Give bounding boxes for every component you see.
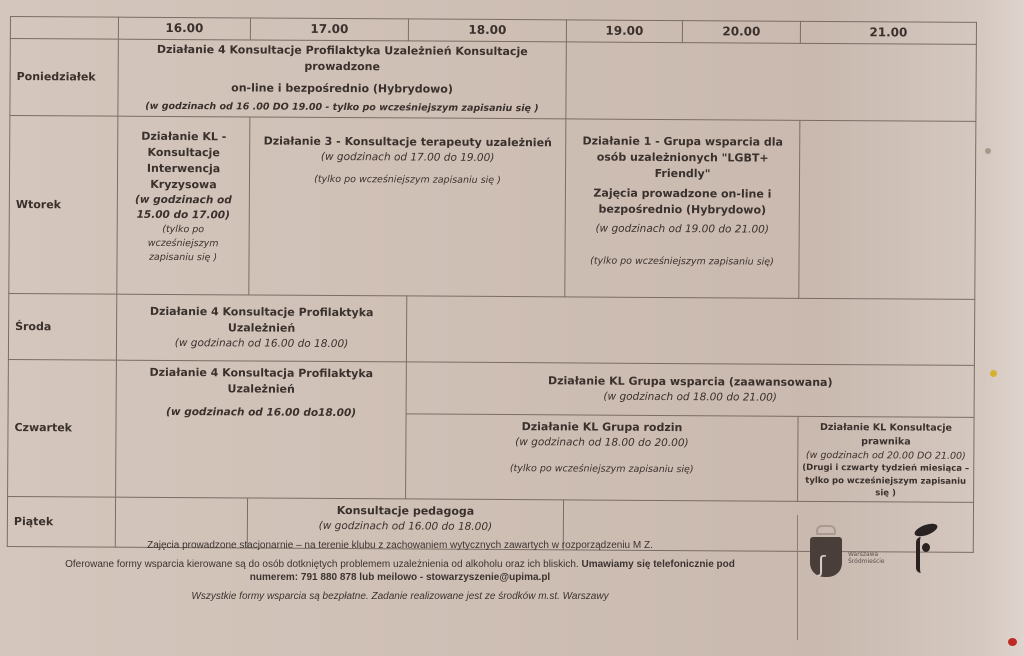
empty-cell (566, 42, 976, 121)
row-monday: Poniedziałek Działanie 4 Konsultacje Pro… (10, 39, 976, 121)
event-title: Działanie 4 Konsultacja Profilaktyka Uza… (121, 365, 402, 399)
event-cell: Działanie KL - Konsultacje Interwencja K… (117, 116, 250, 295)
footer-contact-details: numerem: 791 880 878 lub meilowo - stowa… (250, 572, 550, 583)
event-title-2: on-line i bezpośrednio (Hybrydowo) (123, 80, 562, 99)
row-tuesday: Wtorek Działanie KL - Konsultacje Interw… (9, 115, 976, 299)
event-cell: Działanie KL Konsultacje prawnika (w god… (798, 416, 975, 502)
event-hours: (w godzinach od 16.00 do 18.00) (121, 335, 402, 352)
empty-cell (799, 120, 976, 299)
day-label-thursday: Czwartek (8, 359, 117, 497)
club-logo-shape (922, 543, 930, 552)
footer-line-2: Oferowane formy wsparcia kierowane są do… (0, 559, 800, 570)
event-note: (tylko po wcześniejszym zapisaniu się) (410, 462, 793, 478)
time-header: 17.00 (250, 18, 408, 41)
footer-contact-lead: Umawiamy się telefonicznie pod (582, 559, 735, 570)
club-logo (912, 525, 952, 575)
event-title: Konsultacje pedagoga (252, 503, 559, 521)
logo-label-line-2: Śródmieście (848, 558, 885, 565)
paper-edge (984, 0, 1024, 656)
event-cell: Działanie 4 Konsultacje Profilaktyka Uza… (116, 294, 406, 362)
event-cell: Działanie KL Grupa wsparcia (zaawansowan… (406, 362, 974, 417)
event-title: Działanie 4 Konsultacje Profilaktyka Uza… (121, 304, 402, 338)
footer-line-1: Zajęcia prowadzone stacjonarnie – na ter… (0, 540, 800, 551)
event-note: (tylko po wcześniejszym zapisaniu się) (569, 254, 794, 269)
event-hours: (w godzinach od 20.00 DO 21.00) (802, 448, 969, 463)
mermaid-crest-icon: ʃ (810, 537, 842, 577)
event-hours: (w godzinach od 19.00 do 21.00) (570, 221, 795, 238)
event-hours: (w godzinach od 18.00 do 21.00) (411, 388, 970, 407)
event-title: Działanie 3 - Konsultacje terapeuty uzal… (254, 121, 561, 151)
time-header: 18.00 (408, 19, 566, 42)
time-header: 21.00 (800, 21, 976, 44)
pin-dot (1008, 638, 1017, 646)
event-hours: (w godzinach od 16 .00 DO 19.00 - tylko … (122, 100, 561, 116)
footer-notes: Zajęcia prowadzone stacjonarnie – na ter… (0, 540, 800, 640)
footer-line-2-text: Oferowane formy wsparcia kierowane są do… (65, 559, 579, 570)
time-header: 20.00 (682, 21, 800, 44)
event-hours: (w godzinach od 15.00 do 17.00) (122, 192, 245, 223)
row-thursday-a: Czwartek Działanie 4 Konsultacja Profila… (8, 359, 974, 417)
event-cell: Działanie 1 - Grupa wsparcia dla osób uz… (565, 119, 800, 298)
time-header: 19.00 (566, 20, 682, 43)
day-label-wednesday: Środa (8, 293, 116, 360)
row-wednesday: Środa Działanie 4 Konsultacje Profilakty… (8, 293, 974, 365)
footer-divider (797, 515, 798, 640)
crown-icon (816, 525, 836, 535)
event-hours: (w godzinach od 16.00 do18.00) (121, 405, 402, 422)
event-cell: Działanie 4 Konsultacje Profilaktyka Uza… (118, 40, 566, 119)
pin-dot (985, 148, 991, 154)
day-label-monday: Poniedziałek (10, 39, 118, 116)
logo-label-line-1: Warszawa (848, 551, 885, 558)
event-note: (tylko po wcześniejszym zapisaniu się ) (254, 173, 561, 189)
event-hours: (w godzinach od 16.00 do 18.00) (252, 519, 559, 536)
time-header: 16.00 (118, 17, 250, 40)
empty-cell (406, 296, 974, 365)
day-label-tuesday: Wtorek (9, 115, 118, 294)
event-cell: Działanie KL Grupa rodzin (w godzinach o… (406, 414, 799, 502)
schedule-table: 16.00 17.00 18.00 19.00 20.00 21.00 Poni… (7, 16, 977, 553)
footer-contact: numerem: 791 880 878 lub meilowo - stowa… (0, 572, 800, 583)
header-corner (10, 17, 118, 40)
event-note: (Drugi i czwarty tydzień miesiąca –tylko… (802, 462, 969, 500)
event-title: Działanie KL Konsultacje prawnika (802, 421, 969, 450)
event-cell: Działanie 4 Konsultacja Profilaktyka Uza… (116, 360, 407, 499)
logo-label: Warszawa Śródmieście (848, 551, 885, 565)
event-title: Działanie 1 - Grupa wsparcia dla osób uz… (570, 123, 795, 182)
event-title: Działanie 4 Konsultacje Profilaktyka Uza… (123, 42, 562, 77)
event-title: Działanie KL - Konsultacje Interwencja K… (122, 121, 245, 194)
pin-dot (990, 370, 997, 377)
event-cell: Działanie 3 - Konsultacje terapeuty uzal… (249, 117, 566, 297)
event-subtitle: Zajęcia prowadzone on-line i bezpośredni… (570, 185, 795, 218)
event-note: (tylko po wcześniejszym zapisaniu się ) (121, 223, 244, 265)
footer-line-4: Wszystkie formy wsparcia są bezpłatne. Z… (0, 591, 800, 602)
